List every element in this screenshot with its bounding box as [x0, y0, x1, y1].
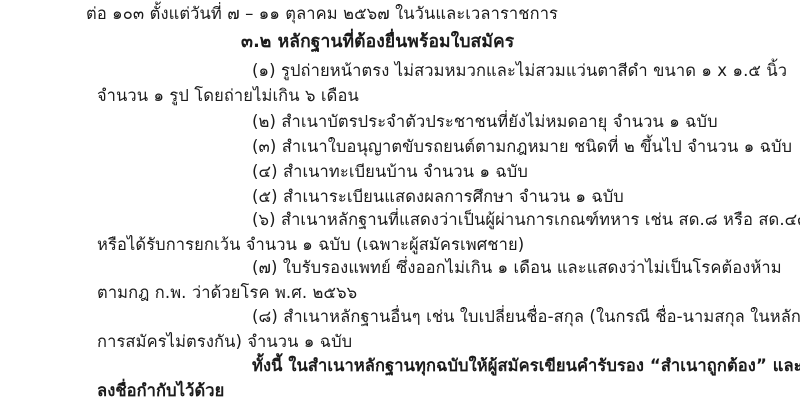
item-1-line-1: (๑) รูปถ่ายหน้าตรง ไม่สวมหมวกและไม่สวมแว… [252, 60, 787, 82]
closing-line-1: ทั้งนี้ ในสำเนาหลักฐานทุกฉบับให้ผู้สมัคร… [252, 355, 800, 377]
item-8-line-1: (๘) สำเนาหลักฐานอื่นๆ เช่น ใบเปลี่ยนชื่อ… [252, 306, 800, 328]
item-2-line-1: (๒) สำเนาบัตรประจำตัวประชาชนที่ยังไม่หมด… [252, 111, 718, 133]
item-7-line-2: ตามกฎ ก.พ. ว่าด้วยโรค พ.ศ. ๒๕๖๖ [97, 282, 357, 304]
closing-line-2: ลงชื่อกำกับไว้ด้วย [97, 380, 224, 402]
item-4-line-1: (๔) สำเนาทะเบียนบ้าน จำนวน ๑ ฉบับ [252, 161, 528, 183]
item-6-line-2: หรือได้รับการยกเว้น จำนวน ๑ ฉบับ (เฉพาะผ… [97, 234, 524, 256]
section-heading: ๓.๒ หลักฐานที่ต้องยื่นพร้อมใบสมัคร [241, 31, 514, 53]
item-6-line-1: (๖) สำเนาหลักฐานที่แสดงว่าเป็นผู้ผ่านการ… [252, 209, 800, 231]
item-1-line-2: จำนวน ๑ รูป โดยถ่ายไม่เกิน ๖ เดือน [97, 85, 359, 107]
item-8-line-2: การสมัครไม่ตรงกัน) จำนวน ๑ ฉบับ [97, 331, 352, 353]
document-page: ต่อ ๑๐๓ ตั้งแต่วันที่ ๗ – ๑๑ ตุลาคม ๒๕๖๗… [0, 0, 800, 406]
item-7-line-1: (๗) ใบรับรองแพทย์ ซึ่งออกไม่เกิน ๑ เดือน… [252, 257, 782, 279]
item-3-line-1: (๓) สำเนาใบอนุญาตขับรถยนต์ตามกฎหมาย ชนิด… [252, 136, 792, 158]
intro-line: ต่อ ๑๐๓ ตั้งแต่วันที่ ๗ – ๑๑ ตุลาคม ๒๕๖๗… [86, 3, 558, 25]
item-5-line-1: (๕) สำเนาระเบียนแสดงผลการศึกษา จำนวน ๑ ฉ… [252, 186, 624, 208]
